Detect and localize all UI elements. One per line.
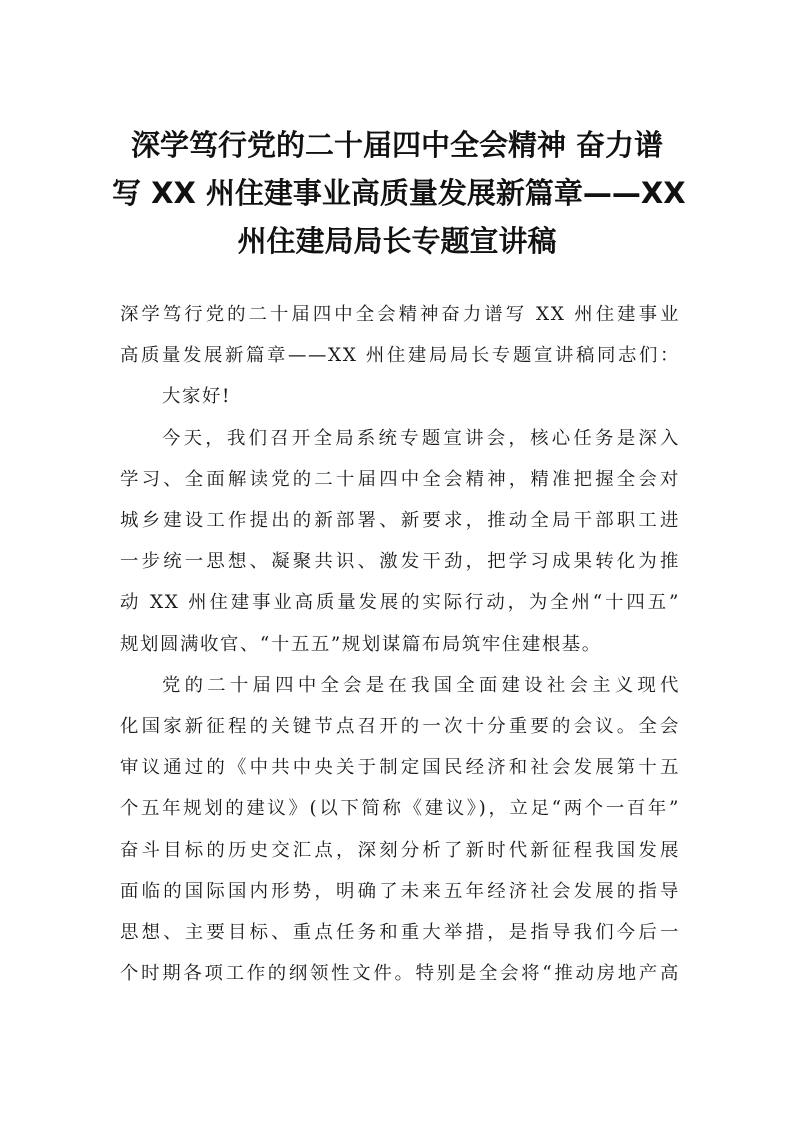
text-line: 奋斗目标的历史交汇点，深刻分析了新时代新征程我国发展 [120,830,680,871]
text-line: 思想、主要目标、重点任务和重大举措，是指导我们今后一 [120,912,680,953]
title-line: 州住建局局长专题宣讲稿 [112,217,682,265]
document-body: 深学笃行党的二十届四中全会精神奋力谱写 XX 州住建事业 高质量发展新篇章——X… [120,294,680,994]
text-line: 规划圆满收官、“十五五”规划谋篇布局筑牢住建根基。 [120,624,680,665]
text-line: 个五年规划的建议》(以下简称《建议》)，立足“两个一百年” [120,788,680,829]
paragraph-intro: 深学笃行党的二十届四中全会精神奋力谱写 XX 州住建事业 高质量发展新篇章——X… [120,294,680,376]
text-line: 个时期各项工作的纲领性文件。特别是全会将“推动房地产高 [120,953,680,994]
text-line: 高质量发展新篇章——XX 州住建局局长专题宣讲稿同志们： [120,335,680,376]
paragraph-purpose: 今天，我们召开全局系统专题宣讲会，核心任务是深入 学习、全面解读党的二十届四中全… [120,418,680,665]
text-line: 一步统一思想、凝聚共识、激发干劲，把学习成果转化为推 [120,541,680,582]
text-line: 今天，我们召开全局系统专题宣讲会，核心任务是深入 [120,418,680,459]
text-line: 大家好! [120,376,680,417]
text-line: 化国家新征程的关键节点召开的一次十分重要的会议。全会 [120,706,680,747]
text-line: 面临的国际国内形势，明确了未来五年经济社会发展的指导 [120,871,680,912]
paragraph-greeting: 大家好! [120,376,680,417]
document-title: 深学笃行党的二十届四中全会精神 奋力谱 写 XX 州住建事业高质量发展新篇章——… [112,121,682,265]
text-line: 党的二十届四中全会是在我国全面建设社会主义现代 [120,665,680,706]
text-line: 深学笃行党的二十届四中全会精神奋力谱写 XX 州住建事业 [120,294,680,335]
paragraph-plenum: 党的二十届四中全会是在我国全面建设社会主义现代 化国家新征程的关键节点召开的一次… [120,665,680,995]
text-line: 城乡建设工作提出的新部署、新要求，推动全局干部职工进 [120,500,680,541]
text-line: 学习、全面解读党的二十届四中全会精神，精准把握全会对 [120,459,680,500]
document-page: 深学笃行党的二十届四中全会精神 奋力谱 写 XX 州住建事业高质量发展新篇章——… [0,0,793,1122]
title-line: 写 XX 州住建事业高质量发展新篇章——XX [112,169,682,217]
text-line: 审议通过的《中共中央关于制定国民经济和社会发展第十五 [120,747,680,788]
title-line: 深学笃行党的二十届四中全会精神 奋力谱 [112,121,682,169]
text-line: 动 XX 州住建事业高质量发展的实际行动，为全州“十四五” [120,582,680,623]
